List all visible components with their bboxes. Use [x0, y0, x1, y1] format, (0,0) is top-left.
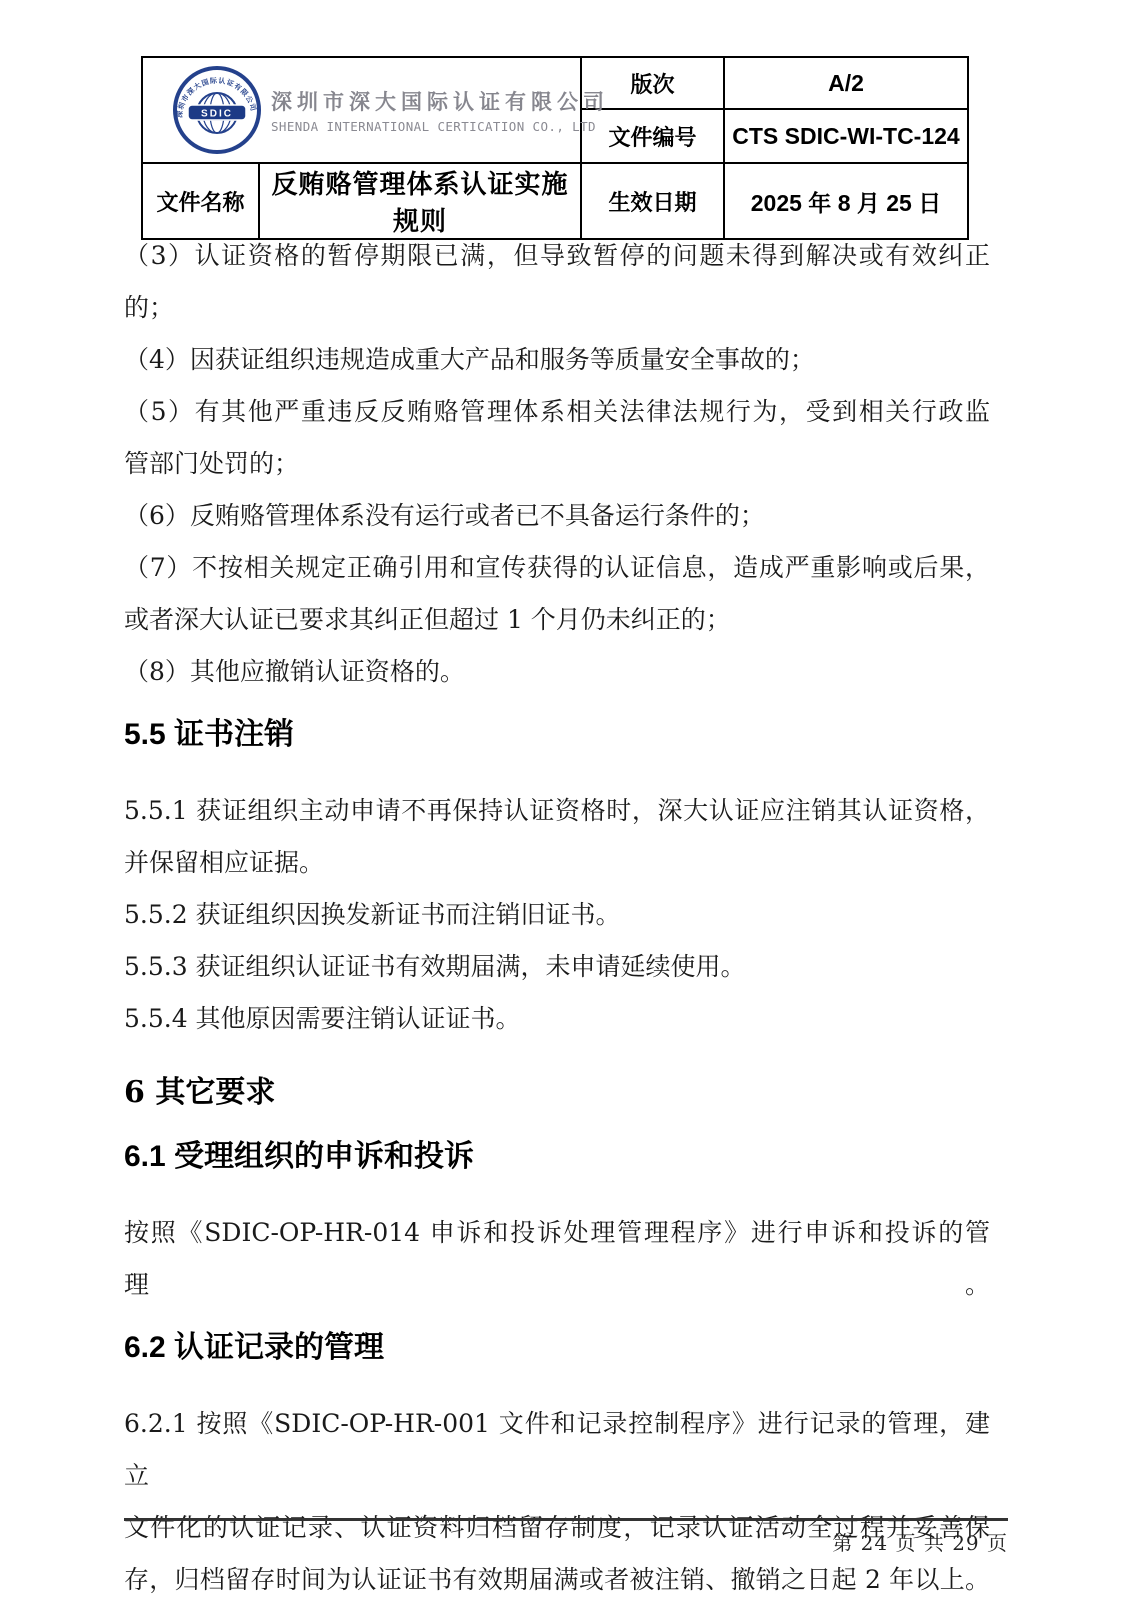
- body-line: 5.5.2 获证组织因换发新证书而注销旧证书。: [124, 889, 990, 941]
- section-heading: 6.1 受理组织的申诉和投诉: [124, 1137, 990, 1177]
- document-header-table: 深圳市深大国际认证有限公司 SDIC: [141, 56, 969, 240]
- body-line: 并保留相应证据。: [124, 837, 990, 889]
- body-line: （8）其他应撤销认证资格的。: [124, 646, 990, 698]
- body-line: （3）认证资格的暂停期限已满，但导致暂停的问题未得到解决或有效纠正: [124, 230, 990, 282]
- body-line: （5）有其他严重违反反贿赂管理体系相关法律法规行为，受到相关行政监: [124, 386, 990, 438]
- company-logo-icon: 深圳市深大国际认证有限公司 SDIC: [173, 66, 261, 154]
- body-line: 管部门处罚的；: [124, 438, 990, 490]
- body-line: （7）不按相关规定正确引用和宣传获得的认证信息，造成严重影响或后果，: [124, 542, 990, 594]
- footer-divider: [124, 1518, 1008, 1521]
- body-line: 5.5.4 其他原因需要注销认证证书。: [124, 993, 990, 1045]
- body-line: 6.2.1 按照《SDIC-OP-HR-001 文件和记录控制程序》进行记录的管…: [124, 1398, 990, 1502]
- body-line: 的；: [124, 282, 990, 334]
- body-line: 按照《SDIC-OP-HR-014 申诉和投诉处理管理程序》进行申诉和投诉的管理…: [124, 1207, 990, 1311]
- company-identity-cell: 深圳市深大国际认证有限公司 SDIC: [142, 57, 581, 163]
- body-line: 存，归档留存时间为认证证书有效期届满或者被注销、撤销之日起 2 年以上。: [124, 1554, 990, 1600]
- body-line: 5.5.3 获证组织认证证书有效期届满，未申请延续使用。: [124, 941, 990, 993]
- body-line: 5.5.1 获证组织主动申请不再保持认证资格时，深大认证应注销其认证资格，: [124, 785, 990, 837]
- logo-sdic-text: SDIC: [201, 109, 233, 120]
- section-heading: 6.2 认证记录的管理: [124, 1328, 990, 1368]
- document-page: 深圳市深大国际认证有限公司 SDIC: [0, 0, 1131, 1600]
- version-value: A/2: [724, 57, 968, 109]
- section-heading: 6 其它要求: [124, 1073, 990, 1113]
- company-name-en: SHENDA INTERNATIONAL CERTICATION CO., LT…: [271, 119, 609, 134]
- document-footer: 第 24 页 共 29 页: [124, 1518, 1008, 1556]
- body-line: （6）反贿赂管理体系没有运行或者已不具备运行条件的；: [124, 490, 990, 542]
- body-line: （4）因获证组织违规造成重大产品和服务等质量安全事故的；: [124, 334, 990, 386]
- page-number: 第 24 页 共 29 页: [124, 1527, 1008, 1556]
- body-line: 或者深大认证已要求其纠正但超过 1 个月仍未纠正的；: [124, 594, 990, 646]
- company-name-cn: 深圳市深大国际认证有限公司: [271, 86, 609, 116]
- section-heading: 5.5 证书注销: [124, 715, 990, 755]
- doc-number-value: CTS SDIC-WI-TC-124: [724, 109, 968, 163]
- document-body: （3）认证资格的暂停期限已满，但导致暂停的问题未得到解决或有效纠正的；（4）因获…: [124, 222, 990, 1600]
